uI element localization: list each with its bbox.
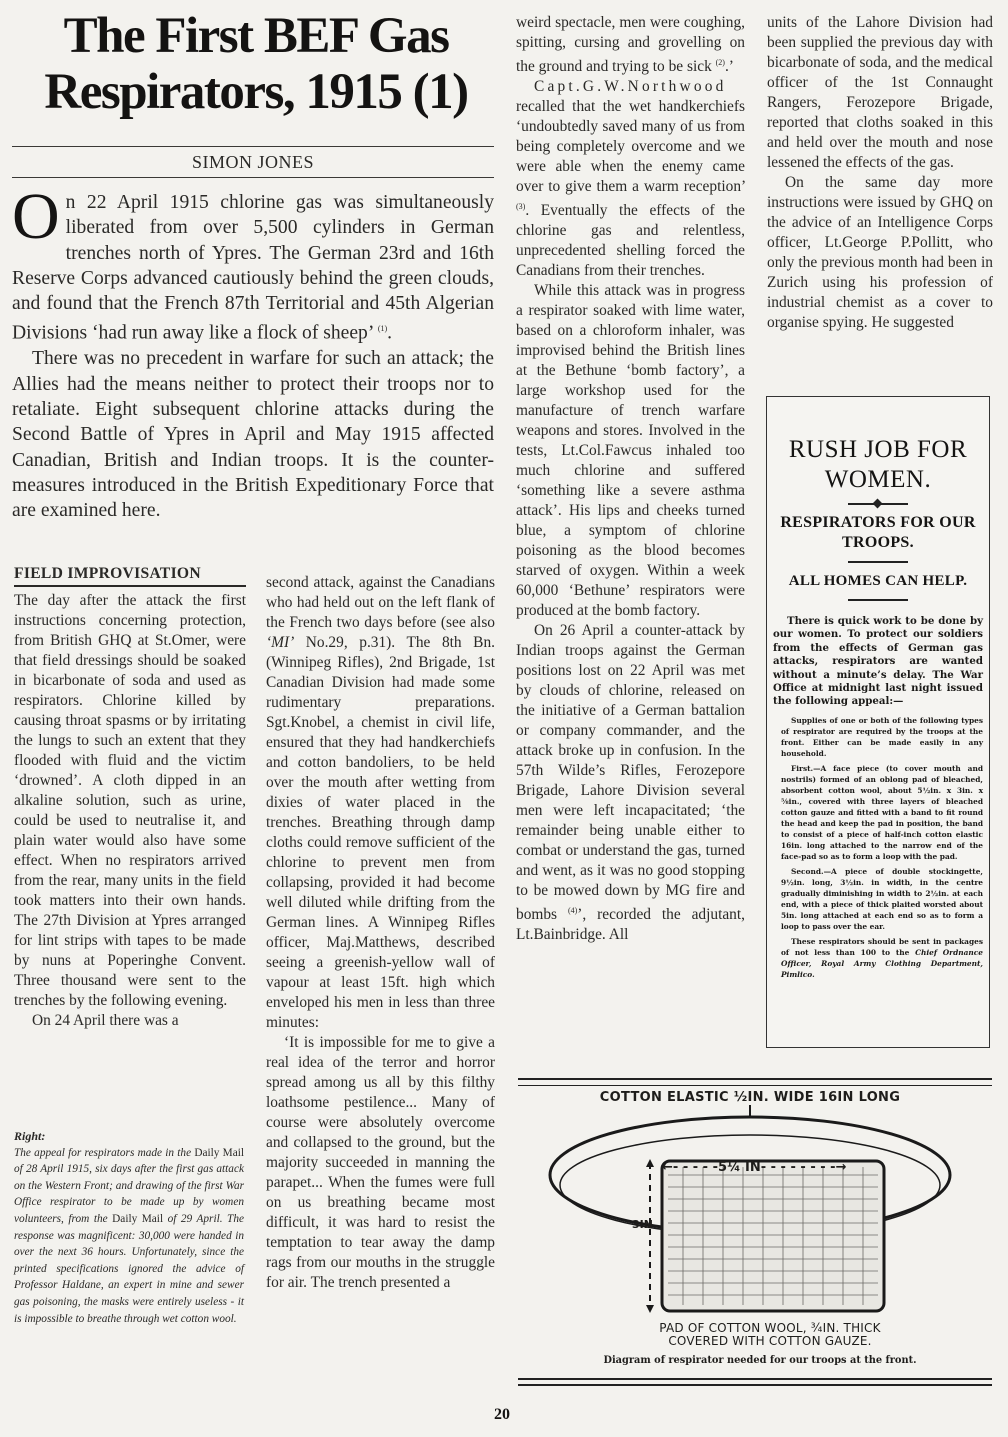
footnote-marker: (1) [378,324,387,333]
body-paragraph: units of the Lahore Division had been su… [767,13,993,173]
body-paragraph: The day after the attack the first instr… [14,591,246,1011]
diagram-bottom-border [518,1378,992,1386]
elastic-label: COTTON ELASTIC ½IN. WIDE 16IN LONG [560,1090,940,1105]
body-paragraph: Capt.G.W.Northwood recalled that the wet… [516,77,745,281]
newspaper-clipping: RUSH JOB FOR WOMEN. RESPIRATORS FOR OUR … [766,396,990,1048]
pad-label: PAD OF COTTON WOOL, ¾IN. THICK COVERED W… [620,1322,920,1347]
clipping-body: There is quick work to be done by our wo… [773,615,983,980]
byline-divider [12,177,494,178]
drop-cap: O [12,192,60,242]
lead-text: On 22 April 1915 chlorine gas was simult… [12,190,494,523]
divider [848,599,908,601]
diagram-top-border [518,1078,992,1086]
body-paragraph: While this attack was in progress a resp… [516,281,745,621]
title-line-2: Respirators, 1915 (1) [10,64,502,120]
title-divider [12,146,494,147]
title-line-1: The First BEF Gas [10,8,502,64]
caption-heading: Right: [14,1128,244,1145]
divider [848,561,908,563]
clipping-subheadline: RESPIRATORS FOR OUR TROOPS. [773,513,983,553]
quote-paragraph: ‘It is impossible for me to give a real … [266,1033,495,1293]
width-dimension: ←- - - - -5¼ IN- - - - - - - -→ [662,1160,846,1175]
lead-paragraph-1: On 22 April 1915 chlorine gas was simult… [12,190,494,346]
column-2: second attack, against the Canadians who… [266,573,495,1293]
respirator-drawing [518,1105,992,1325]
body-paragraph: On the same day more instructions were i… [767,173,993,333]
ornament-divider [848,503,908,505]
diagram-caption: Diagram of respirator needed for our tro… [560,1355,960,1366]
column-3: weird spectacle, men were coughing, spit… [516,13,745,945]
body-paragraph: second attack, against the Canadians who… [266,573,495,1033]
column-1: FIELD IMPROVISATION The day after the at… [14,564,246,1031]
author-byline: SIMON JONES [12,152,494,173]
article-title: The First BEF Gas Respirators, 1915 (1) [10,8,502,120]
column-4: units of the Lahore Division had been su… [767,13,993,333]
war-office-appeal: Supplies of one or both of the following… [781,715,983,980]
magazine-reference: ‘MI’ [266,634,294,651]
body-paragraph: On 26 April a counter-attack by Indian t… [516,621,745,945]
section-heading: FIELD IMPROVISATION [14,564,246,587]
image-caption: Right: The appeal for respirators made i… [14,1128,244,1327]
body-paragraph: On 24 April there was a [14,1011,246,1031]
clipping-tagline: ALL HOMES CAN HELP. [773,571,983,591]
height-dimension: 3IN [632,1218,653,1231]
clipping-headline: RUSH JOB FOR WOMEN. [773,435,983,495]
lead-paragraph-2: There was no precedent in warfare for su… [12,346,494,523]
body-paragraph: weird spectacle, men were coughing, spit… [516,13,745,77]
page-number: 20 [494,1406,510,1424]
